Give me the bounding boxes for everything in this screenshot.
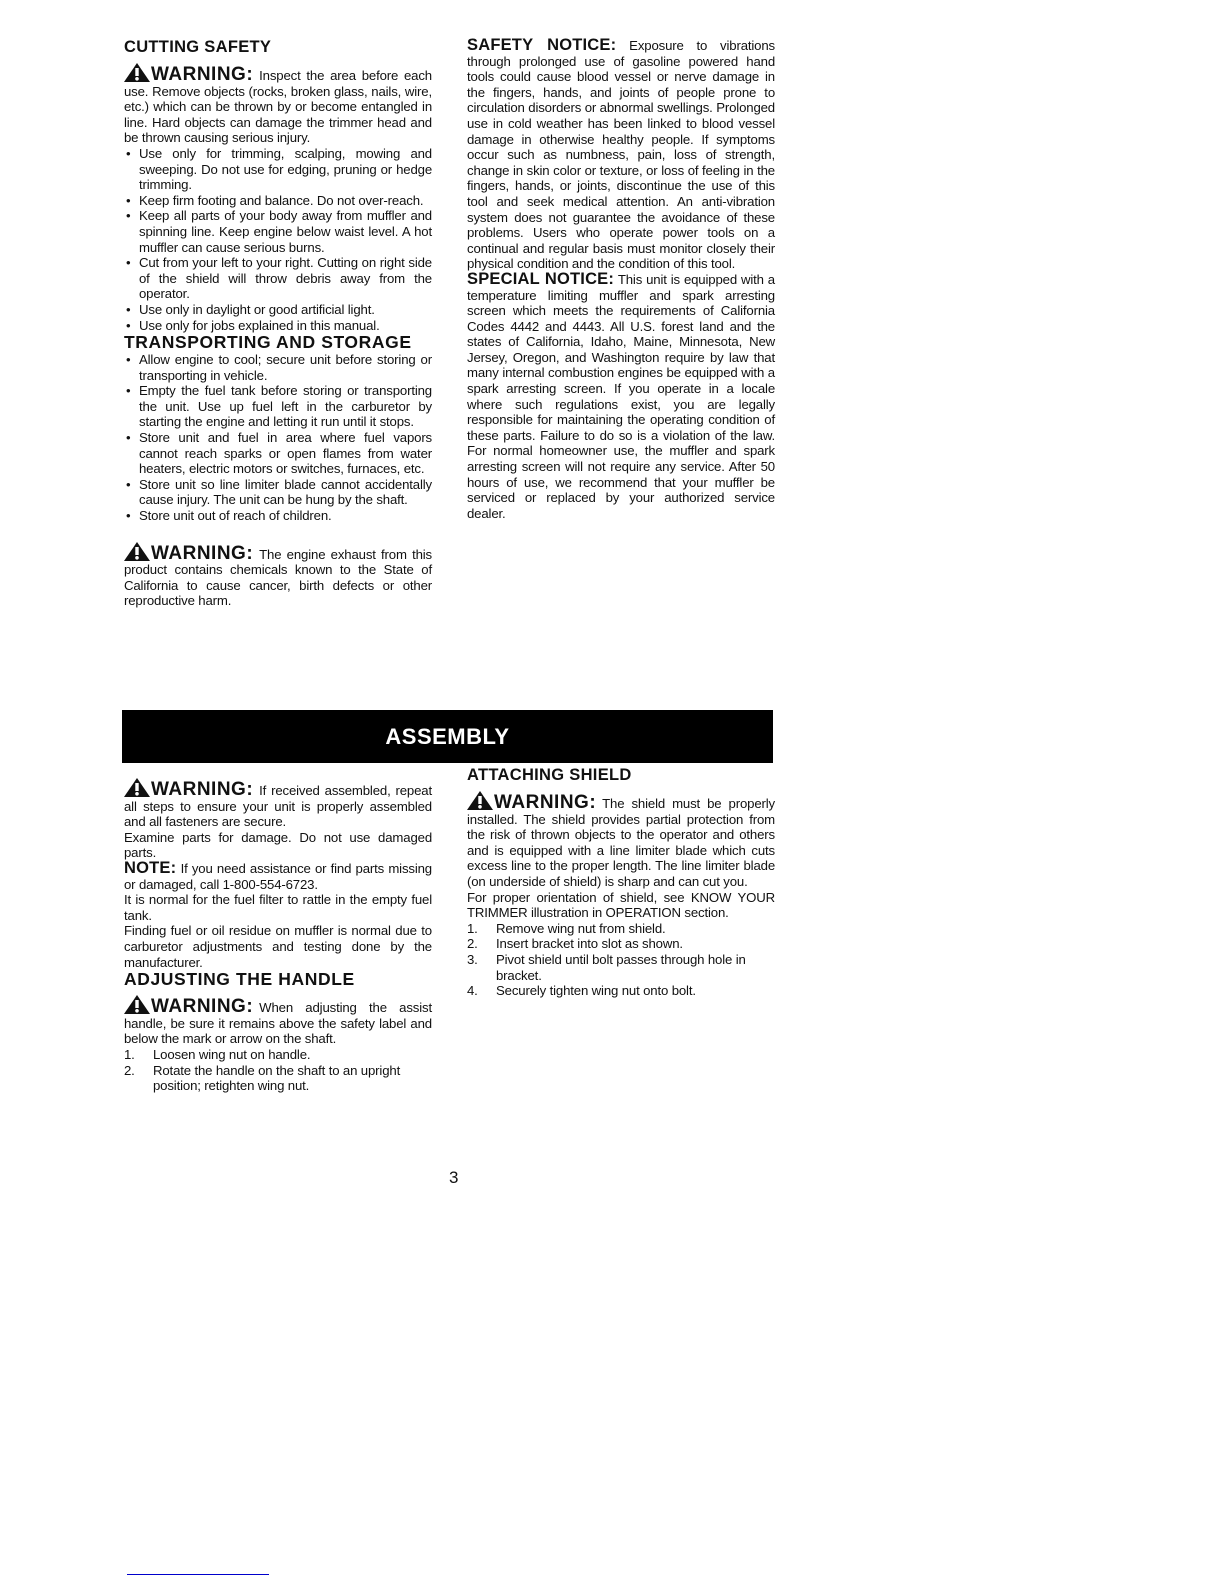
list-item: Use only for jobs explained in this manu… <box>124 318 432 334</box>
special-notice-text: This unit is equipped with a temperature… <box>467 272 775 521</box>
warning-label: WARNING: <box>151 64 253 85</box>
warning-label: WARNING: <box>494 792 596 813</box>
list-item: Empty the fuel tank before storing or tr… <box>124 383 432 430</box>
california-exhaust-warning: WARNING:The engine exhaust from this pro… <box>124 542 432 609</box>
attaching-shield-heading: ATTACHING SHIELD <box>467 766 775 785</box>
examine-parts-text: Examine parts for damage. Do not use dam… <box>124 830 432 861</box>
assembly-warning: WARNING:If received assembled, repeat al… <box>124 778 432 830</box>
special-notice-label: SPECIAL NOTICE: <box>467 270 614 288</box>
list-item: Keep firm footing and balance. Do not ov… <box>124 193 432 209</box>
cutting-safety-warning: WARNING:Inspect the area before each use… <box>124 63 432 146</box>
orientation-text: For proper orientation of shield, see KN… <box>467 890 775 921</box>
residue-text: Finding fuel or oil residue on muffler i… <box>124 923 432 970</box>
adjusting-handle-warning: WARNING:When adjusting the assist handle… <box>124 995 432 1047</box>
step-item: 1.Loosen wing nut on handle. <box>124 1047 432 1063</box>
right-column-bottom: ATTACHING SHIELD WARNING:The shield must… <box>467 766 775 999</box>
transporting-storage-list: Allow engine to cool; secure unit before… <box>124 352 432 524</box>
list-item: Use only in daylight or good artificial … <box>124 302 432 318</box>
right-column-top: SAFETY NOTICE: Exposure to vibrations th… <box>467 38 775 521</box>
safety-notice: SAFETY NOTICE: Exposure to vibrations th… <box>467 38 775 272</box>
assembly-banner-title: ASSEMBLY <box>385 724 509 750</box>
warning-label: WARNING: <box>151 779 253 800</box>
warning-triangle-icon <box>124 995 150 1014</box>
list-item: Use only for trimming, scalping, mowing … <box>124 146 432 193</box>
cutting-safety-list: Use only for trimming, scalping, mowing … <box>124 146 432 333</box>
attaching-shield-steps: 1.Remove wing nut from shield. 2.Insert … <box>467 921 775 999</box>
cutting-safety-heading: CUTTING SAFETY <box>124 38 432 57</box>
warning-label: WARNING: <box>151 996 253 1017</box>
warning-triangle-icon <box>124 63 150 82</box>
special-notice: SPECIAL NOTICE: This unit is equipped wi… <box>467 272 775 522</box>
note-label: NOTE: <box>124 859 176 877</box>
step-item: 1.Remove wing nut from shield. <box>467 921 775 937</box>
warning-triangle-icon <box>124 542 150 561</box>
footer-rule <box>127 1574 269 1575</box>
warning-triangle-icon <box>467 791 493 810</box>
safety-notice-text: Exposure to vibrations through prolonged… <box>467 38 775 271</box>
list-item: Allow engine to cool; secure unit before… <box>124 352 432 383</box>
step-item: 3.Pivot shield until bolt passes through… <box>467 952 775 983</box>
list-item: Cut from your left to your right. Cuttin… <box>124 255 432 302</box>
fuel-filter-text: It is normal for the fuel filter to ratt… <box>124 892 432 923</box>
list-item: Store unit and fuel in area where fuel v… <box>124 430 432 477</box>
list-item: Store unit out of reach of children. <box>124 508 432 524</box>
transporting-storage-heading: TRANSPORTING AND STORAGE <box>124 333 432 352</box>
left-column-top: CUTTING SAFETY WARNING:Inspect the area … <box>124 38 432 609</box>
left-column-bottom: WARNING:If received assembled, repeat al… <box>124 778 432 1094</box>
step-item: 2.Rotate the handle on the shaft to an u… <box>124 1063 432 1094</box>
warning-triangle-icon <box>124 778 150 797</box>
step-item: 2.Insert bracket into slot as shown. <box>467 936 775 952</box>
list-item: Store unit so line limiter blade cannot … <box>124 477 432 508</box>
assembly-banner: ASSEMBLY <box>122 710 773 763</box>
step-item: 4.Securely tighten wing nut onto bolt. <box>467 983 775 999</box>
assembly-note: NOTE: If you need assistance or find par… <box>124 861 432 892</box>
page-number: 3 <box>449 1168 458 1188</box>
attaching-shield-warning: WARNING:The shield must be properly inst… <box>467 791 775 890</box>
safety-notice-label: SAFETY NOTICE: <box>467 36 616 54</box>
warning-label: WARNING: <box>151 543 253 564</box>
adjusting-handle-heading: ADJUSTING THE HANDLE <box>124 970 432 989</box>
adjusting-handle-steps: 1.Loosen wing nut on handle. 2.Rotate th… <box>124 1047 432 1094</box>
list-item: Keep all parts of your body away from mu… <box>124 208 432 255</box>
